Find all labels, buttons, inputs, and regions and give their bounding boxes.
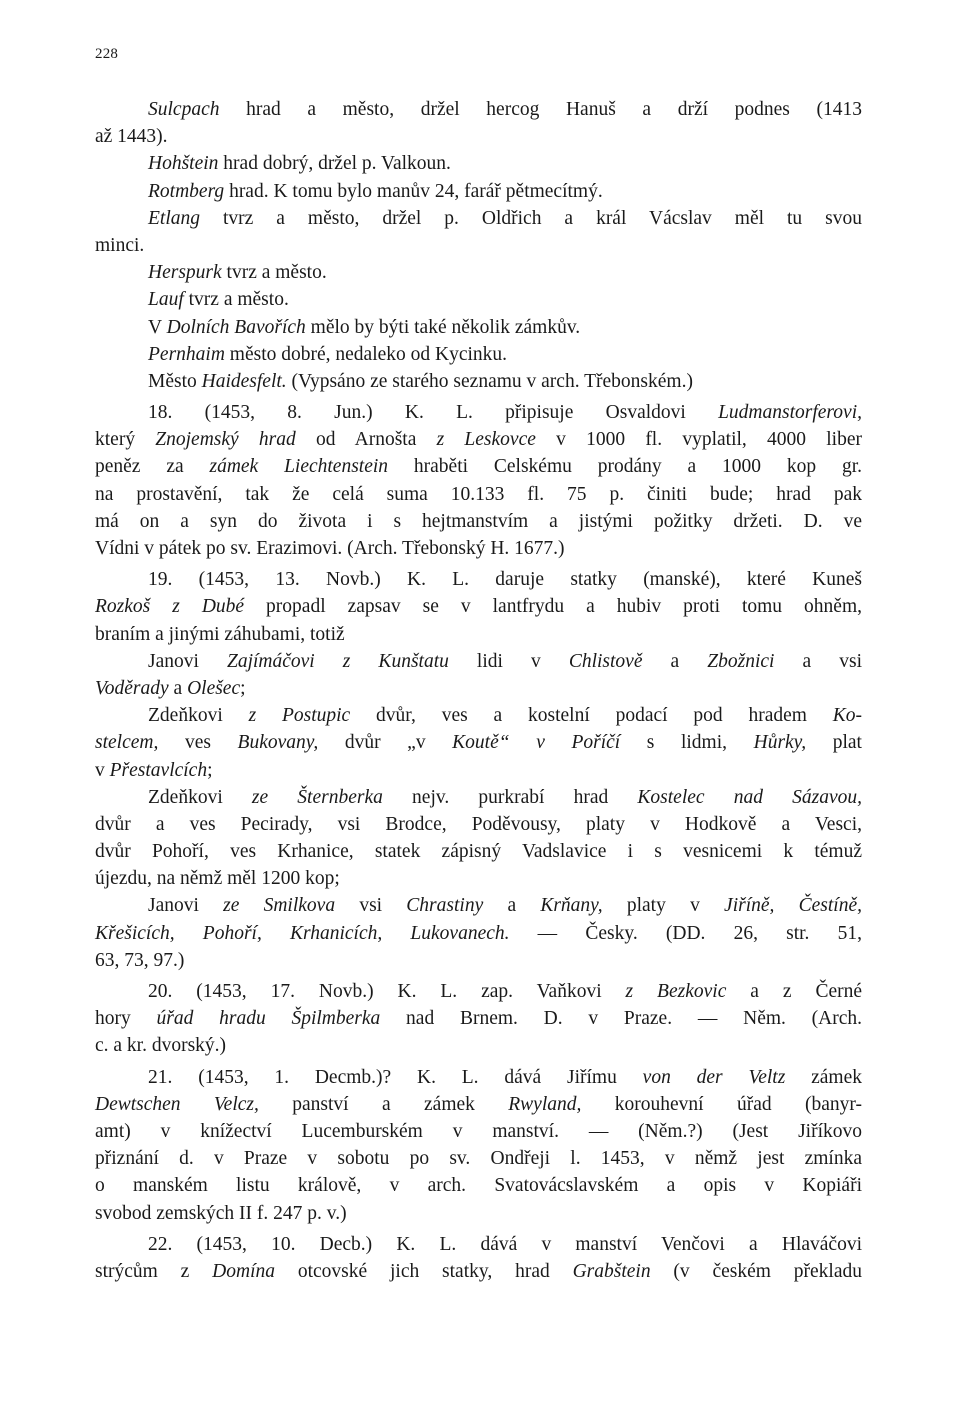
text-line: braním a jinými záhubami, totiž — [95, 621, 862, 648]
text: hrad. K tomu bylo manův 24, farář pětmec… — [224, 181, 603, 202]
text-line: má on a syn do života i s hejtmanstvím a… — [95, 508, 862, 535]
text: korouhevní úřad (banyr- — [581, 1094, 862, 1115]
text: 21. (1453, 1. Decmb.)? K. L. dává Jiřímu — [148, 1067, 643, 1088]
text-line: Zdeňkovi z Postupic dvůr, ves a kostelní… — [95, 702, 862, 729]
italic-text: Rwyland, — [508, 1094, 581, 1115]
text: (Vypsáno ze starého seznamu v arch. Třeb… — [287, 371, 693, 392]
text: újezdu, na němž měl 1200 kop; — [95, 868, 340, 889]
text: a — [483, 895, 540, 916]
text: (v českém překladu — [651, 1261, 862, 1282]
italic-text: Zajímáčovi z Kunštatu — [227, 651, 449, 672]
page-number: 228 — [95, 46, 118, 63]
text: o manském listu králově, v arch. Svatová… — [95, 1175, 862, 1196]
text-line: Janovi Zajímáčovi z Kunštatu lidi v Chli… — [95, 648, 862, 675]
body-text: Sulcpach hrad a město, držel hercog Hanu… — [95, 96, 862, 1285]
text: dvůr, ves a kostelní podací pod hradem — [350, 705, 833, 726]
text: nad Brnem. D. v Praze. — Něm. (Arch. — [380, 1008, 862, 1029]
text: platy v — [603, 895, 724, 916]
text: hraběti Celskému prodány a 1000 kop gr. — [388, 456, 862, 477]
text-line: V Dolních Bavořích mělo by býti také něk… — [95, 314, 862, 341]
text: a — [169, 678, 187, 699]
text: v — [95, 760, 110, 781]
text: až 1443). — [95, 126, 168, 147]
text: Janovi — [148, 651, 227, 672]
text: tvrz a město. — [222, 262, 327, 283]
italic-text: Zbožnici — [707, 651, 774, 672]
text: a — [642, 651, 707, 672]
text-line: 18. (1453, 8. Jun.) K. L. připisuje Osva… — [95, 399, 862, 426]
text-line: Etlang tvrz a město, držel p. Oldřich a … — [95, 205, 862, 232]
italic-text: ze Šternberka — [252, 787, 383, 808]
text-line: 19. (1453, 13. Novb.) K. L. daruje statk… — [95, 566, 862, 593]
text: přiznání d. v Praze v sobotu po sv. Ondř… — [95, 1148, 862, 1169]
text: město dobré, nedaleko od Kycinku. — [225, 344, 507, 365]
italic-text: von der Veltz — [643, 1067, 786, 1088]
italic-text: Pernhaim — [148, 344, 225, 365]
text-line: Herspurk tvrz a město. — [95, 259, 862, 286]
text: — Česky. (DD. 26, str. 51, — [510, 923, 862, 944]
text: Město — [148, 371, 202, 392]
text: svobod zemských II f. 247 p. v.) — [95, 1203, 347, 1224]
italic-text: Domína — [212, 1261, 275, 1282]
italic-text: z Postupic — [249, 705, 351, 726]
text-line: dvůr a ves Pecirady, vsi Brodce, Poděvou… — [95, 811, 862, 838]
text-line: amt) v knížectví Lucemburském v manství.… — [95, 1118, 862, 1145]
italic-text: Krňany, — [540, 895, 602, 916]
text: a z Černé — [726, 981, 862, 1002]
italic-text: Jiříně, Čestíně, — [724, 895, 862, 916]
text: v 1000 fl. vyplatil, 4000 liber — [536, 429, 862, 450]
text: propadl zapsav se v lantfrydu a hubiv pr… — [244, 596, 862, 617]
text: tvrz a město, držel p. Oldřich a král Vá… — [200, 208, 862, 229]
text-line: Rozkoš z Dubé propadl zapsav se v lantfr… — [95, 593, 862, 620]
italic-text: Ko- — [833, 705, 862, 726]
text: ves — [158, 732, 237, 753]
text: 18. (1453, 8. Jun.) K. L. připisuje Osva… — [148, 402, 718, 423]
text-line: Voděrady a Olešec; — [95, 675, 862, 702]
italic-text: Chrastiny — [406, 895, 483, 916]
text: nejv. purkrabí hrad — [383, 787, 638, 808]
text-line: Hohštein hrad dobrý, držel p. Valkoun. — [95, 150, 862, 177]
text-line: hory úřad hradu Špilmberka nad Brnem. D.… — [95, 1005, 862, 1032]
italic-text: zámek Liechtenstein — [209, 456, 388, 477]
text: Zdeňkovi — [148, 787, 252, 808]
text-line: Janovi ze Smilkova vsi Chrastiny a Krňan… — [95, 892, 862, 919]
text-line: Lauf tvrz a město. — [95, 286, 862, 313]
text: 63, 73, 97.) — [95, 950, 184, 971]
text: Vídni v pátek po sv. Erazimovi. (Arch. T… — [95, 538, 565, 559]
text-line: v Přestavlcích; — [95, 757, 862, 784]
italic-text: Sulcpach — [148, 99, 219, 120]
italic-text: Znojemský hrad — [155, 429, 295, 450]
text: 22. (1453, 10. Decb.) K. L. dává v manst… — [148, 1234, 862, 1255]
italic-text: úřad hradu Špilmberka — [157, 1008, 381, 1029]
italic-text: Olešec — [187, 678, 240, 699]
text: ; — [207, 760, 212, 781]
italic-text: Ludmanstorferovi, — [718, 402, 862, 423]
italic-text: Grabštein — [573, 1261, 651, 1282]
italic-text: Haidesfelt. — [202, 371, 287, 392]
text: braním a jinými záhubami, totiž — [95, 624, 345, 645]
text: který — [95, 429, 155, 450]
text: 20. (1453, 17. Novb.) K. L. zap. Vaňkovi — [148, 981, 626, 1002]
text-line: minci. — [95, 232, 862, 259]
text: dvůr Pohoří, ves Krhanice, statek zápisn… — [95, 841, 862, 862]
italic-text: Koutě“ v Poříčí — [452, 732, 620, 753]
text-line: Město Haidesfelt. (Vypsáno ze starého se… — [95, 368, 862, 395]
text: vsi — [335, 895, 406, 916]
text: panství a zámek — [259, 1094, 508, 1115]
italic-text: z Bezkovic — [626, 981, 727, 1002]
text: na prostavění, tak že celá suma 10.133 f… — [95, 484, 862, 505]
text-line: újezdu, na němž měl 1200 kop; — [95, 865, 862, 892]
text: s lidmi, — [620, 732, 753, 753]
italic-text: Kostelec nad Sázavou, — [637, 787, 862, 808]
italic-text: Herspurk — [148, 262, 222, 283]
text-line: na prostavění, tak že celá suma 10.133 f… — [95, 481, 862, 508]
italic-text: Lauf — [148, 289, 184, 310]
document-page: 228 Sulcpach hrad a město, držel hercog … — [0, 0, 960, 1422]
text: hory — [95, 1008, 157, 1029]
italic-text: Rotmberg — [148, 181, 224, 202]
italic-text: Hůrky, — [754, 732, 807, 753]
italic-text: Přestavlcích — [110, 760, 207, 781]
text-line: peněz za zámek Liechtenstein hraběti Cel… — [95, 453, 862, 480]
text-line: 21. (1453, 1. Decmb.)? K. L. dává Jiřímu… — [95, 1064, 862, 1091]
text: Janovi — [148, 895, 223, 916]
text: V — [148, 317, 167, 338]
text-line: až 1443). — [95, 123, 862, 150]
text: zámek — [785, 1067, 862, 1088]
text-line: Vídni v pátek po sv. Erazimovi. (Arch. T… — [95, 535, 862, 562]
text: mělo by býti také několik zámkův. — [306, 317, 580, 338]
italic-text: Dewtschen Velcz, — [95, 1094, 259, 1115]
italic-text: Voděrady — [95, 678, 169, 699]
text: minci. — [95, 235, 144, 256]
text-line: Dewtschen Velcz, panství a zámek Rwyland… — [95, 1091, 862, 1118]
text-line: Pernhaim město dobré, nedaleko od Kycink… — [95, 341, 862, 368]
text: lidi v — [449, 651, 569, 672]
text-line: přiznání d. v Praze v sobotu po sv. Ondř… — [95, 1145, 862, 1172]
text-line: strýcům z Domína otcovské jich statky, h… — [95, 1258, 862, 1285]
italic-text: Křešicích, Pohoří, Krhanicích, Lukovanec… — [95, 923, 510, 944]
text: a vsi — [774, 651, 862, 672]
text: hrad dobrý, držel p. Valkoun. — [218, 153, 451, 174]
italic-text: Rozkoš z Dubé — [95, 596, 244, 617]
text-line: Rotmberg hrad. K tomu bylo manův 24, far… — [95, 178, 862, 205]
italic-text: Dolních Bavořích — [167, 317, 306, 338]
italic-text: Chlistově — [569, 651, 643, 672]
text: má on a syn do života i s hejtmanstvím a… — [95, 511, 862, 532]
text: 19. (1453, 13. Novb.) K. L. daruje statk… — [148, 569, 862, 590]
text-line: Sulcpach hrad a město, držel hercog Hanu… — [95, 96, 862, 123]
text-line: Zdeňkovi ze Šternberka nejv. purkrabí hr… — [95, 784, 862, 811]
text-line: o manském listu králově, v arch. Svatová… — [95, 1172, 862, 1199]
text: otcovské jich statky, hrad — [275, 1261, 573, 1282]
italic-text: ze Smilkova — [223, 895, 335, 916]
text-line: 20. (1453, 17. Novb.) K. L. zap. Vaňkovi… — [95, 978, 862, 1005]
text-line: 63, 73, 97.) — [95, 947, 862, 974]
text: dvůr a ves Pecirady, vsi Brodce, Poděvou… — [95, 814, 862, 835]
italic-text: Etlang — [148, 208, 200, 229]
text: tvrz a město. — [184, 289, 289, 310]
text: dvůr „v — [318, 732, 452, 753]
text: od Arnošta — [296, 429, 437, 450]
italic-text: stelcem, — [95, 732, 158, 753]
text: ; — [240, 678, 245, 699]
text: hrad a město, držel hercog Hanuš a drží … — [219, 99, 862, 120]
text-line: stelcem, ves Bukovany, dvůr „v Koutě“ v … — [95, 729, 862, 756]
text: c. a kr. dvorský.) — [95, 1035, 226, 1056]
text-line: Křešicích, Pohoří, Krhanicích, Lukovanec… — [95, 920, 862, 947]
text: strýcům z — [95, 1261, 212, 1282]
text-line: který Znojemský hrad od Arnošta z Leskov… — [95, 426, 862, 453]
text-line: 22. (1453, 10. Decb.) K. L. dává v manst… — [95, 1231, 862, 1258]
italic-text: z Leskovce — [437, 429, 536, 450]
italic-text: Hohštein — [148, 153, 218, 174]
italic-text: Bukovany, — [238, 732, 319, 753]
text-line: svobod zemských II f. 247 p. v.) — [95, 1200, 862, 1227]
text: amt) v knížectví Lucemburském v manství.… — [95, 1121, 862, 1142]
text: plat — [806, 732, 862, 753]
text: peněz za — [95, 456, 209, 477]
text-line: dvůr Pohoří, ves Krhanice, statek zápisn… — [95, 838, 862, 865]
text: Zdeňkovi — [148, 705, 249, 726]
text-line: c. a kr. dvorský.) — [95, 1032, 862, 1059]
